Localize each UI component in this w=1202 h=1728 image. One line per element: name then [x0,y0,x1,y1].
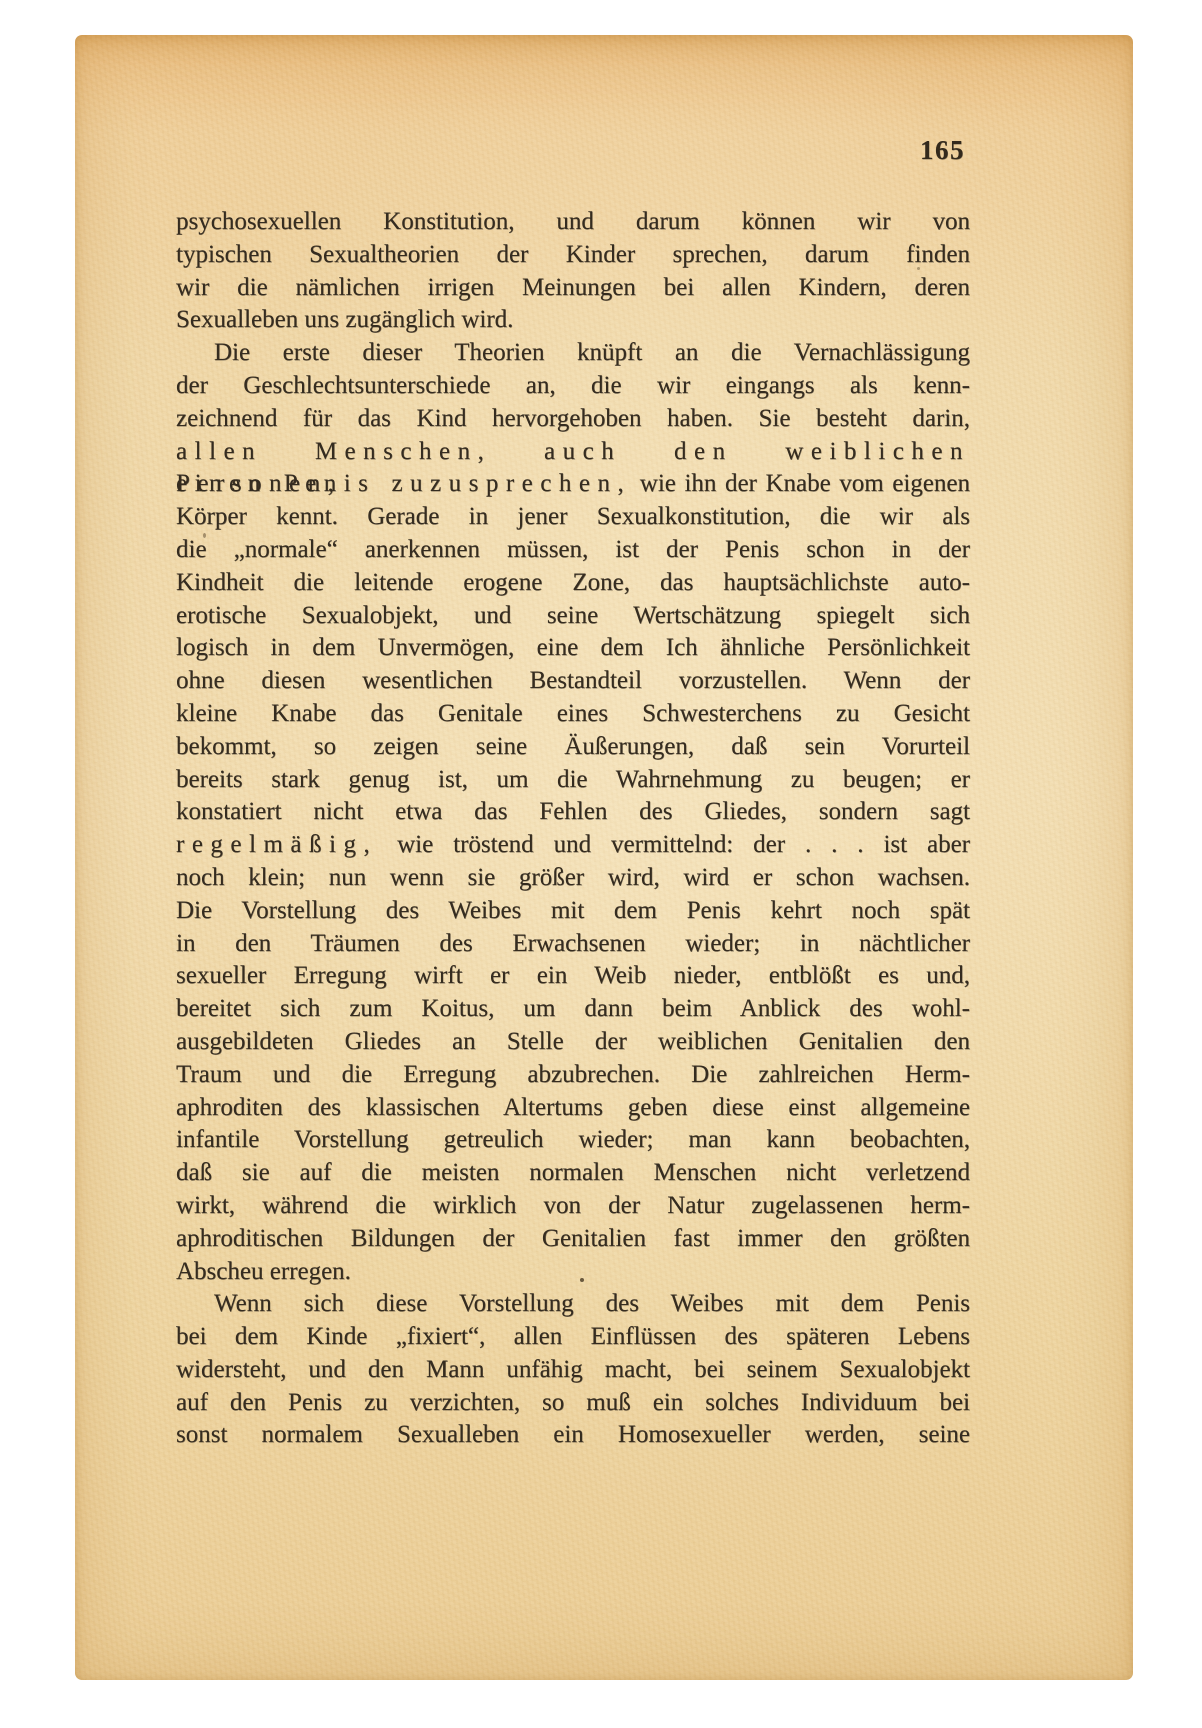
text-line: Die Vorstellung des Weibes mit dem Penis… [176,895,970,928]
text-line: erotische Sexualobjekt, und seine Wertsc… [176,600,970,633]
body-text: Traum und die Erregung abzubrechen. Die … [176,1061,970,1088]
body-text: aphroditischen Bildungen der Genitalien … [176,1225,970,1252]
body-text: bereits stark genug ist, um die Wahrnehm… [176,766,970,793]
page-number: 165 [920,135,965,166]
body-text: bei dem Kinde „fixiert“, allen Einflüsse… [176,1323,970,1350]
body-text: Die Vorstellung des Weibes mit dem Penis… [176,897,970,924]
text-line: aphroditischen Bildungen der Genitalien … [176,1223,970,1256]
body-text: kleine Knabe das Genitale eines Schweste… [176,700,970,727]
text-line: logisch in dem Unvermögen, eine dem Ich … [176,632,970,665]
text-line: noch klein; nun wenn sie größer wird, wi… [176,862,970,895]
text-line: Die erste dieser Theorien knüpft an die … [176,337,970,370]
body-text: bekommt, so zeigen seine Äußerungen, daß… [176,733,970,760]
scanned-book-page: 165 psychosexuellen Konstitution, und da… [0,0,1202,1728]
text-line: bereitet sich zum Koitus, um dann beim A… [176,993,970,1026]
text-line: die „normale“ anerkennen müssen, ist der… [176,534,970,567]
text-line: auf den Penis zu verzichten, so muß ein … [176,1387,970,1420]
body-text: in den Träumen des Erwachsenen wieder; i… [176,930,970,957]
letterspaced-text: einen Penis zuzusprechen, [176,470,631,497]
text-line: Sexualleben uns zugänglich wird. [176,304,970,337]
body-text: wie tröstend und vermittelnd: der . . . … [377,831,970,858]
text-line: psychosexuellen Konstitution, und darum … [176,206,970,239]
paper-sheet: 165 psychosexuellen Konstitution, und da… [75,35,1133,1680]
text-line: konstatiert nicht etwa das Fehlen des Gl… [176,796,970,829]
text-line: typischen Sexualtheorien der Kinder spre… [176,239,970,272]
text-line: bekommt, so zeigen seine Äußerungen, daß… [176,731,970,764]
body-text: noch klein; nun wenn sie größer wird, wi… [176,864,970,891]
body-text: Wenn sich diese Vorstellung des Weibes m… [214,1290,970,1317]
text-line: widersteht, und den Mann unfähig macht, … [176,1354,970,1387]
text-line: Abscheu erregen. [176,1256,970,1289]
text-line: aphroditen des klassischen Altertums geb… [176,1092,970,1125]
body-text: der Geschlechtsunterschiede an, die wir … [176,372,970,399]
text-line: sonst normalem Sexualleben ein Homosexue… [176,1419,970,1452]
body-text: Körper kennt. Gerade in jener Sexualkons… [176,503,970,530]
text-line: wir die nämlichen irrigen Meinungen bei … [176,272,970,305]
text-line: Traum und die Erregung abzubrechen. Die … [176,1059,970,1092]
text-block: psychosexuellen Konstitution, und darum … [176,206,970,1452]
letterspaced-text: regelmäßig, [176,831,377,858]
body-text: konstatiert nicht etwa das Fehlen des Gl… [176,798,970,825]
text-line: daß sie auf die meisten normalen Mensche… [176,1157,970,1190]
text-line: infantile Vorstellung getreulich wieder;… [176,1124,970,1157]
body-text: Die erste dieser Theorien knüpft an die … [214,339,970,366]
text-line: Wenn sich diese Vorstellung des Weibes m… [176,1288,970,1321]
body-text: Abscheu erregen. [176,1258,351,1285]
text-line: sexueller Erregung wirft er ein Weib nie… [176,960,970,993]
text-line: allen Menschen, auch den weiblichen Pers… [176,436,970,469]
body-text: bereitet sich zum Koitus, um dann beim A… [176,995,970,1022]
text-line: Körper kennt. Gerade in jener Sexualkons… [176,501,970,534]
ink-speck [203,533,206,538]
body-text: sexueller Erregung wirft er ein Weib nie… [176,962,970,989]
text-line: Kindheit die leitende erogene Zone, das … [176,567,970,600]
text-line: bei dem Kinde „fixiert“, allen Einflüsse… [176,1321,970,1354]
body-text: die „normale“ anerkennen müssen, ist der… [176,536,970,563]
text-line: ausgebildeten Gliedes an Stelle der weib… [176,1026,970,1059]
body-text: infantile Vorstellung getreulich wieder;… [176,1126,970,1153]
text-line: einen Penis zuzusprechen, wie ihn der Kn… [176,468,970,501]
body-text: daß sie auf die meisten normalen Mensche… [176,1159,970,1186]
body-text: erotische Sexualobjekt, und seine Wertsc… [176,602,970,629]
text-line: bereits stark genug ist, um die Wahrnehm… [176,764,970,797]
body-text: auf den Penis zu verzichten, so muß ein … [176,1389,970,1416]
body-text: psychosexuellen Konstitution, und darum … [176,208,970,235]
body-text: aphroditen des klassischen Altertums geb… [176,1094,970,1121]
body-text: typischen Sexualtheorien der Kinder spre… [176,241,970,268]
text-line: in den Träumen des Erwachsenen wieder; i… [176,928,970,961]
text-line: wirkt, während die wirklich von der Natu… [176,1190,970,1223]
ink-speck [580,1278,584,1282]
body-text: logisch in dem Unvermögen, eine dem Ich … [176,634,970,661]
body-text: sonst normalem Sexualleben ein Homosexue… [176,1421,970,1448]
text-line: ohne diesen wesentlichen Bestandteil vor… [176,665,970,698]
body-text: wir die nämlichen irrigen Meinungen bei … [176,274,970,301]
body-text: Kindheit die leitende erogene Zone, das … [176,569,970,596]
body-text: ohne diesen wesentlichen Bestandteil vor… [176,667,970,694]
text-line: kleine Knabe das Genitale eines Schweste… [176,698,970,731]
text-line: zeichnend für das Kind hervorgehoben hab… [176,403,970,436]
body-text: wirkt, während die wirklich von der Natu… [176,1192,970,1219]
text-line: regelmäßig, wie tröstend und vermittelnd… [176,829,970,862]
body-text: wie ihn der Knabe vom eigenen [631,470,970,497]
body-text: widersteht, und den Mann unfähig macht, … [176,1356,970,1383]
body-text: zeichnend für das Kind hervorgehoben hab… [176,405,970,432]
ink-speck [917,267,920,270]
text-line: der Geschlechtsunterschiede an, die wir … [176,370,970,403]
body-text: ausgebildeten Gliedes an Stelle der weib… [176,1028,970,1055]
body-text: Sexualleben uns zugänglich wird. [176,306,513,333]
